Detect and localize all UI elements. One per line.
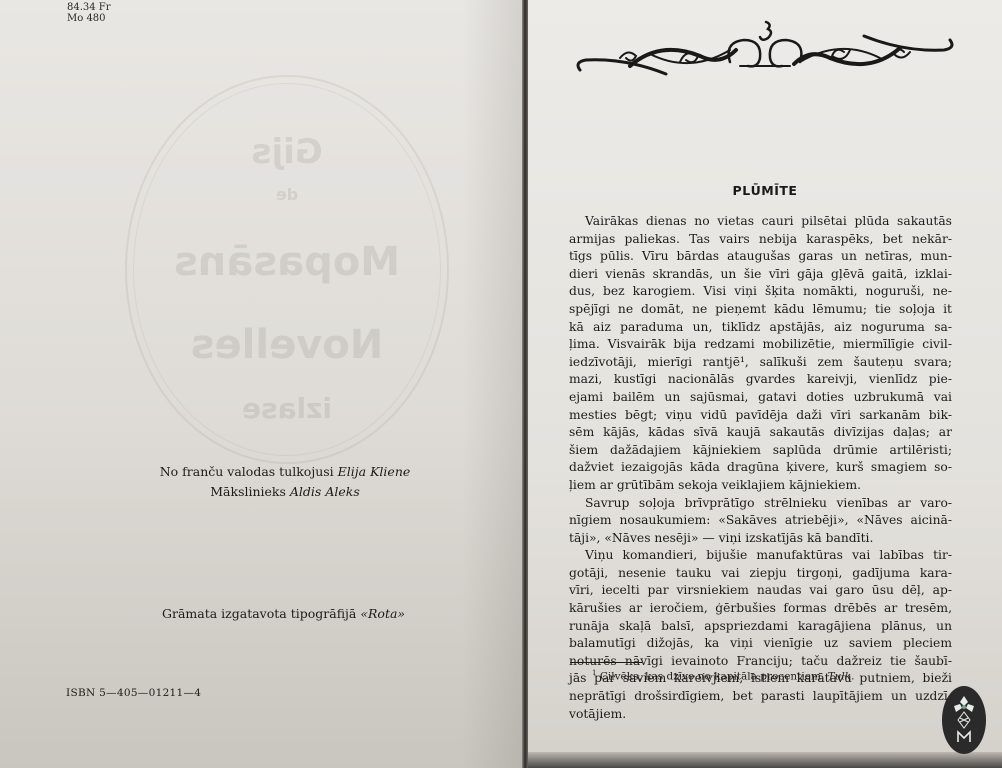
printer-line: Grāmata izgatavota tipogrāfijā «Rota» bbox=[162, 606, 405, 621]
text-line: mazi, kustīgi nacionālās gvardes kareivj… bbox=[569, 371, 952, 389]
text-line: spējīgi ne domāt, ne pieņemt kādu lēmumu… bbox=[569, 301, 952, 319]
translator-line: No franču valodas tulkojusi Elija Kliene bbox=[150, 462, 420, 482]
text-line: mesties bēgt; viņu vidū pavīdēja daži vī… bbox=[569, 407, 952, 425]
isbn: ISBN 5—405—01211—4 bbox=[66, 687, 201, 699]
ghost-izlase: izlase bbox=[127, 392, 447, 425]
text-line: šiem dažādajiem kājniekiem saplūda drūmi… bbox=[569, 442, 952, 460]
printer-name: «Rota» bbox=[360, 606, 405, 621]
translator-name: Elija Kliene bbox=[338, 464, 411, 479]
text-line: nīgiem nosaukumiem: «Sakāves atriebēji»,… bbox=[569, 512, 952, 530]
artist-line: Mākslinieks Aldis Aleks bbox=[150, 482, 420, 502]
decorative-scroll-ornament-icon bbox=[570, 18, 960, 84]
text-line: balamutīgi dižojās, ka viņi vienīgie uz … bbox=[569, 635, 952, 653]
show-through-cover-oval: Gijs de Mopasāns Novelles izlase bbox=[125, 75, 449, 464]
footnote-text: Cilvēks, kas dzīvo no kapitāla procentie… bbox=[600, 671, 824, 683]
page-bottom-shadow bbox=[528, 752, 1002, 768]
text-line: runāja skaļā balsī, apspriezdami karagāj… bbox=[569, 618, 952, 636]
text-line: kā aiz paraduma un, tiklīdz apstājās, ai… bbox=[569, 319, 952, 337]
text-line: Viņu komandieri, bijušie manufaktūras va… bbox=[569, 547, 952, 565]
left-page: 84.34 Fr Mo 480 Gijs de Mopasāns Novelle… bbox=[0, 0, 522, 768]
text-line: tīgs pūlis. Vīru bārdas ataugušas garas … bbox=[569, 248, 952, 266]
text-line: ejami bailēm un sajūsmai, gatavi doties … bbox=[569, 389, 952, 407]
footnote: 1 Cilvēks, kas dzīvo no kapitāla procent… bbox=[592, 669, 854, 683]
ghost-surname: Mopasāns bbox=[127, 239, 447, 285]
ghost-novelles: Novelles bbox=[127, 322, 447, 368]
footnote-attribution: Tulk. bbox=[828, 671, 855, 683]
text-line: ļima. Visvairāk bija redzami mobilizētie… bbox=[569, 336, 952, 354]
text-line: Vairākas dienas no vietas cauri pilsētai… bbox=[569, 213, 952, 231]
footnote-rule bbox=[570, 662, 642, 663]
artist-name: Aldis Aleks bbox=[290, 484, 360, 499]
text-line: gotāji, nesenie tauku vai ziepju tirgoņi… bbox=[569, 565, 952, 583]
text-line: sēm kājās, kādas sīvā kaujā sakautās div… bbox=[569, 424, 952, 442]
footnote-marker: 1 bbox=[592, 669, 596, 677]
chapter-body: Vairākas dienas no vietas cauri pilsētai… bbox=[569, 213, 952, 723]
text-line: neprātīgi drošsirdīgiem, bet parasti lau… bbox=[569, 688, 952, 706]
text-line: iedzīvotāji, mierīgi rantjē¹, salīkuši z… bbox=[569, 354, 952, 372]
text-line: dažviet iezaigojās kāda dragūna ķivere, … bbox=[569, 459, 952, 477]
diamond-flower-monogram-icon: M bbox=[942, 686, 986, 754]
text-line: tāji», «Nāves nesēji» — viņi izskatījās … bbox=[569, 530, 952, 548]
text-line: armijas paliekas. Tas vairs nebija karas… bbox=[569, 231, 952, 249]
text-line: ļiem ar grūtībām sekoja veiklajiem kājni… bbox=[569, 477, 952, 495]
ghost-author: Gijs bbox=[127, 132, 447, 172]
credits-block: No franču valodas tulkojusi Elija Kliene… bbox=[150, 462, 420, 502]
catalog-code: 84.34 Fr Mo 480 bbox=[67, 2, 111, 24]
chapter-title: PLŪMĪTE bbox=[528, 183, 1002, 198]
text-line: kārušies ar ieročiem, ģērbušies formas d… bbox=[569, 600, 952, 618]
ghost-de: de bbox=[127, 185, 447, 204]
text-line: Savrup soļoja brīvprātīgo strēlnieku vie… bbox=[569, 495, 952, 513]
text-line: votājiem. bbox=[569, 706, 952, 724]
text-line: dieri vienās skrandās, un šie vīri gāja … bbox=[569, 266, 952, 284]
text-line: vīri, iecelti par virsniekiem naudas vai… bbox=[569, 582, 952, 600]
text-line: dus, bez karogiem. Visi viņi šķita nomāk… bbox=[569, 283, 952, 301]
